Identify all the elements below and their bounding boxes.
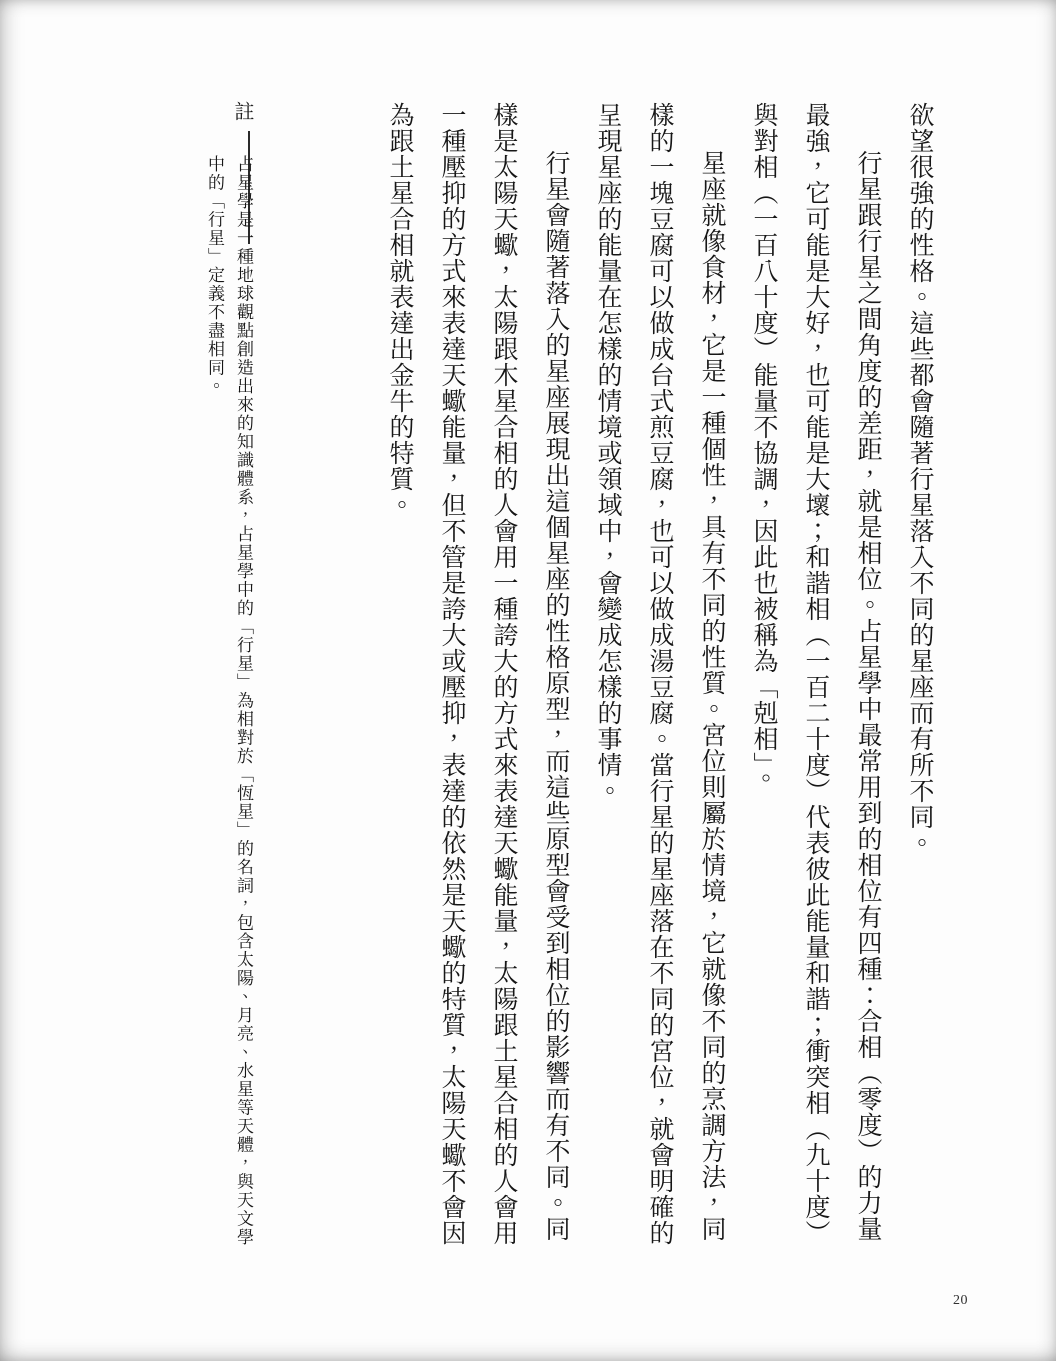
book-page: 欲望很強的性格。這些都會隨著行星落入不同的星座而有所不同。 行星跟行星之間角度的… xyxy=(0,0,1056,1361)
body-paragraph: 行星跟行星之間角度的差距，就是相位。占星學中最常用到的相位有四種：合相（零度）的… xyxy=(737,102,893,1248)
body-paragraph: 欲望很強的性格。這些都會隨著行星落入不同的星座而有所不同。 xyxy=(893,102,945,1248)
footnote-heading: 註 xyxy=(228,101,257,122)
body-paragraph: 星座就像食材，它是一種個性，具有不同的性質。宮位則屬於情境，它就像不同的烹調方法… xyxy=(581,102,737,1248)
body-paragraph: 行星會隨著落入的星座展現出這個星座的性格原型，而這些原型會受到相位的影響而有不同… xyxy=(373,102,581,1248)
footnote-text: 占星學是一種地球觀點創造出來的知識體系，占星學中的「行星」為相對於「恆星」的名詞… xyxy=(200,155,258,1257)
main-text-block: 欲望很強的性格。這些都會隨著行星落入不同的星座而有所不同。 行星跟行星之間角度的… xyxy=(373,102,945,1248)
page-number: 20 xyxy=(953,1293,968,1309)
